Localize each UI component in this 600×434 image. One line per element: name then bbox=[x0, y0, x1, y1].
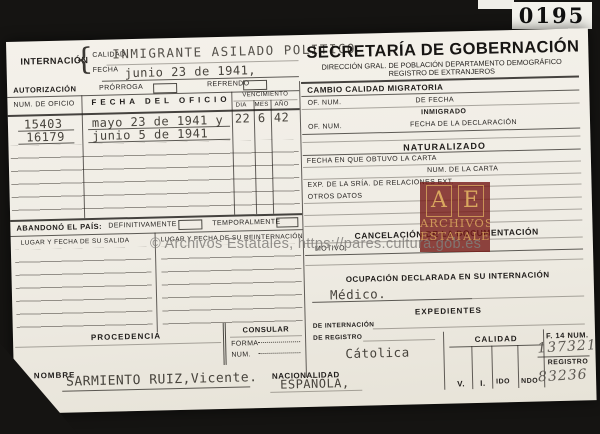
rule-line bbox=[15, 342, 221, 348]
watermark-copyright: © Archivos Estatales, https://pares.cult… bbox=[150, 236, 481, 252]
venc-mes: 6 bbox=[258, 111, 266, 125]
registro-label: REGISTRO bbox=[548, 358, 589, 366]
of-num-label: OF. NUM. bbox=[307, 99, 341, 107]
definitivamente-checkbox bbox=[178, 219, 202, 230]
calidad-grid-border bbox=[491, 346, 493, 389]
logo-letters: A E bbox=[420, 185, 490, 217]
col-dia: DIA bbox=[235, 102, 246, 108]
num-carta-label: NUM. DE LA CARTA bbox=[427, 165, 498, 174]
salida-label: LUGAR Y FECHA DE SU SALIDA bbox=[21, 237, 130, 247]
calidad-grid-border bbox=[443, 332, 445, 390]
calidad-grid-title: CALIDAD bbox=[449, 333, 543, 344]
calidad-grid-border bbox=[517, 345, 519, 388]
rule-line bbox=[449, 344, 543, 347]
prorroga-checkbox bbox=[153, 83, 177, 94]
prorroga-label: PRÓRROGA bbox=[99, 84, 143, 92]
ocupacion-title: OCUPACIÓN DECLARADA EN SU INTERNACIÓN bbox=[312, 269, 584, 284]
scanned-page: 0195 INTERNACIÓN { CALIDAD FECHA INMIGRA… bbox=[0, 0, 600, 434]
page-corner-tab bbox=[478, 0, 514, 9]
de-fecha-label: DE FECHA bbox=[415, 96, 454, 104]
forma-dotted-line bbox=[258, 335, 300, 343]
calidad-col-ido: IDO bbox=[496, 378, 510, 385]
registro-number-value: 83236 bbox=[538, 367, 588, 386]
rule-line bbox=[538, 355, 590, 357]
rule-line bbox=[373, 323, 585, 329]
definitivamente-label: DEFINITIVAMENTE bbox=[108, 221, 177, 230]
calidad-grid-border bbox=[471, 346, 473, 389]
expedientes-title: EXPEDIENTES bbox=[312, 303, 584, 318]
rule-line bbox=[305, 258, 583, 266]
f14-value: 137321 bbox=[537, 337, 597, 356]
fecha-label: FECHA bbox=[93, 66, 119, 74]
consular-num-label: NUM. bbox=[231, 351, 251, 358]
calidad-col-i: I. bbox=[480, 379, 486, 388]
registration-card: INTERNACIÓN { CALIDAD FECHA INMIGRANTE A… bbox=[6, 28, 597, 414]
calidad-col-v: V. bbox=[457, 379, 465, 388]
autorizacion-label: AUTORIZACIÓN bbox=[13, 84, 77, 94]
col-mes: MES bbox=[254, 102, 268, 108]
registro-religion-value: Cátolica bbox=[345, 345, 410, 362]
de-internacion-label: DE INTERNACIÓN bbox=[313, 321, 375, 329]
de-registro-label: DE REGISTRO bbox=[313, 334, 362, 342]
temporalmente-checkbox bbox=[276, 217, 298, 228]
venc-ano: 42 bbox=[274, 110, 290, 124]
empty-ruled-rows bbox=[15, 247, 153, 334]
col-ano: AÑO bbox=[274, 101, 288, 107]
temporalmente-label: TEMPORALMENTE bbox=[212, 219, 280, 228]
procedencia-label: PROCEDENCIA bbox=[91, 331, 161, 342]
consular-box: CONSULAR FORMA NUM. bbox=[223, 321, 307, 365]
num-dotted-line bbox=[258, 346, 300, 354]
col-fecha-oficio: FECHA DEL OFICIO bbox=[91, 95, 230, 107]
col-num-oficio: NUM. DE OFICIO bbox=[13, 100, 74, 108]
logo-letter-e: E bbox=[458, 185, 484, 217]
consular-title: CONSULAR bbox=[226, 324, 306, 335]
page-number-box: 0195 bbox=[512, 2, 592, 29]
calidad-col-ndo: NDO bbox=[521, 378, 538, 385]
abandono-label: ABANDONÓ EL PAÍS: bbox=[16, 222, 102, 233]
venc-dia: 22 bbox=[235, 111, 251, 125]
otros-datos-label: OTROS DATOS bbox=[308, 193, 363, 201]
fecha-declaracion-label: FECHA DE LA DECLARACIÓN bbox=[410, 119, 517, 129]
col-vencimiento: VENCIMIENTO bbox=[233, 91, 297, 99]
rule-line bbox=[302, 127, 580, 135]
page-number: 0195 bbox=[519, 3, 585, 28]
rule-line bbox=[472, 295, 584, 299]
forma-label: FORMA bbox=[231, 340, 258, 348]
rule-line bbox=[363, 339, 435, 342]
brace-glyph: { bbox=[74, 42, 94, 77]
refrendo-checkbox bbox=[243, 80, 267, 91]
of-num2-label: OF. NUM. bbox=[308, 123, 342, 131]
logo-letter-a: A bbox=[426, 185, 452, 217]
empty-ruled-rows bbox=[161, 243, 303, 330]
